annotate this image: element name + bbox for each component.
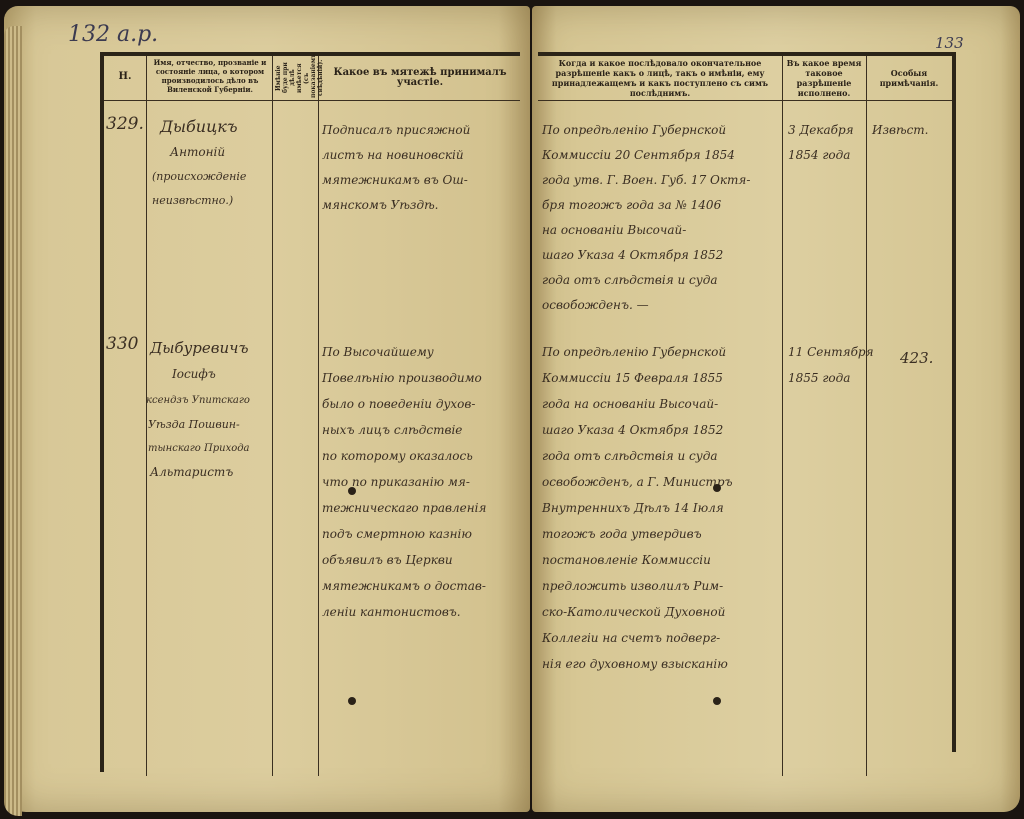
left-col-rule	[272, 56, 273, 776]
binding-hole	[348, 697, 356, 705]
page-edges	[4, 26, 22, 816]
binding-hole	[348, 487, 356, 495]
right-folio-number: 133	[935, 34, 964, 52]
left-folio-note: 132 a.p.	[68, 22, 158, 47]
left-header-rule	[104, 100, 520, 101]
header-number: Н.	[104, 72, 146, 82]
right-header-rule	[538, 100, 952, 101]
entry-remarks: Извѣст.	[872, 118, 929, 143]
entry-remarks: 423.	[900, 346, 933, 371]
header-resolution: Когда и какое послѣдовало окончательное …	[540, 58, 780, 98]
header-name: Имя, отчество, прозваніе и состояніе лиц…	[149, 58, 271, 94]
left-col-rule	[318, 56, 319, 776]
binding-hole	[713, 484, 721, 492]
binding-hole	[713, 697, 721, 705]
entry-number: 330	[106, 332, 138, 357]
right-col-rule	[866, 56, 867, 776]
header-remarks: Особыя примѣчанія.	[868, 68, 950, 88]
left-col-rule	[146, 56, 147, 776]
right-top-rule	[538, 52, 956, 56]
left-outer-rule	[100, 52, 104, 772]
header-executed: Въ какое время таковое разрѣшеніе исполн…	[784, 58, 864, 98]
header-participation: Какое въ мятежѣ принималъ участіе.	[322, 68, 518, 88]
right-outer-rule	[952, 52, 956, 752]
entry-number: 329.	[106, 112, 144, 137]
right-col-rule	[782, 56, 783, 776]
header-estate: Имѣніе буде при дѣлѣ имѣется (съ показан…	[275, 58, 317, 98]
